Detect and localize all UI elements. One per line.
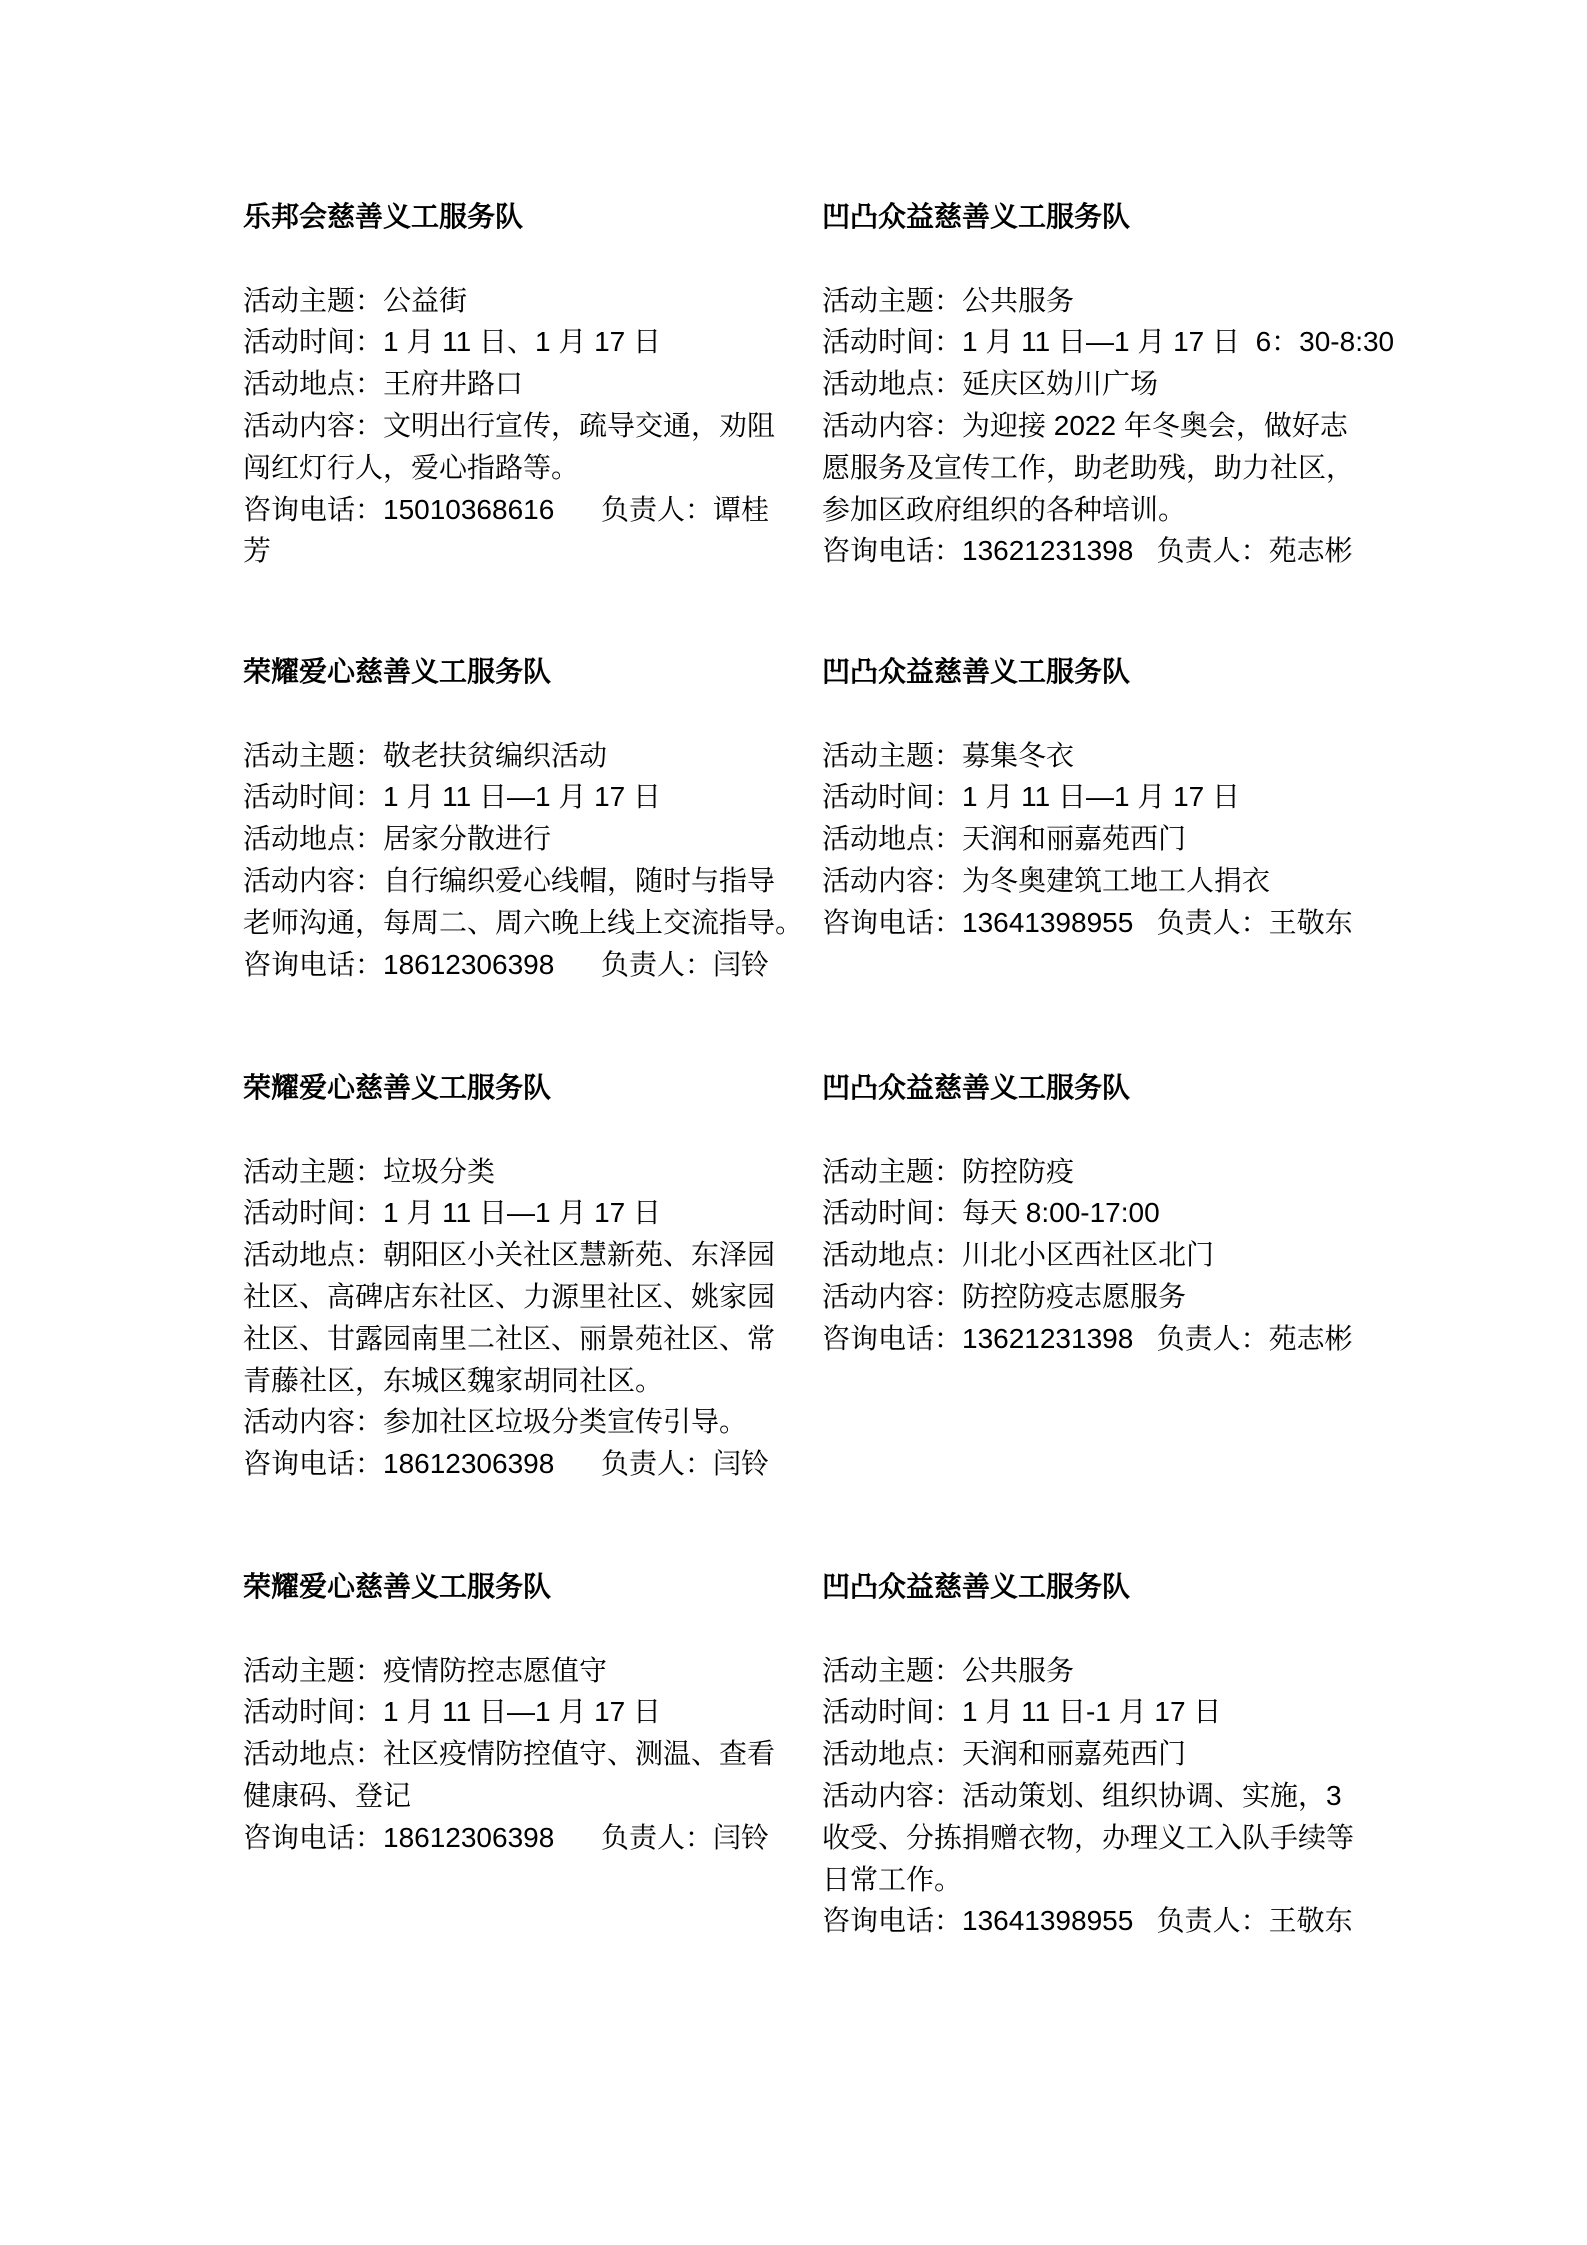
activity-theme: 活动主题：垃圾分类 (243, 1151, 773, 1193)
spacer (822, 238, 1352, 280)
contact-line: 咨询电话：18612306398 负责人：闫铃 (243, 1817, 773, 1859)
spacer (243, 693, 773, 735)
activity-content: 活动内容：文明出行宣传，疏导交通，劝阻 (243, 405, 773, 447)
activity-section-aotu-2: 凹凸众益慈善义工服务队 活动主题：募集冬衣 活动时间：1 月 11 日—1 月 … (822, 651, 1352, 944)
activity-theme: 活动主题：募集冬衣 (822, 735, 1352, 777)
spacer (243, 1109, 773, 1151)
team-title: 荣耀爱心慈善义工服务队 (243, 651, 773, 693)
activity-section-rongyao-1: 荣耀爱心慈善义工服务队 活动主题：敬老扶贫编织活动 活动时间：1 月 11 日—… (243, 651, 773, 985)
activity-location: 活动地点：延庆区妫川广场 (822, 363, 1352, 405)
activity-content: 活动内容：自行编织爱心线帽，随时与指导 (243, 860, 773, 902)
activity-content-cont: 愿服务及宣传工作，助老助残，助力社区， (822, 447, 1352, 489)
contact-line: 咨询电话：13641398955 负责人：王敬东 (822, 1900, 1352, 1942)
activity-content-cont: 老师沟通，每周二、周六晚上线上交流指导。 (243, 902, 773, 944)
spacer (243, 1608, 773, 1650)
activity-content: 活动内容：为迎接 2022 年冬奥会，做好志 (822, 405, 1352, 447)
contact-line: 咨询电话：18612306398 负责人：闫铃 (243, 1443, 773, 1485)
activity-location-cont: 社区、甘露园南里二社区、丽景苑社区、常 (243, 1318, 773, 1360)
activity-location-cont: 青藤社区，东城区魏家胡同社区。 (243, 1360, 773, 1402)
team-title: 荣耀爱心慈善义工服务队 (243, 1566, 773, 1608)
activity-location: 活动地点：天润和丽嘉苑西门 (822, 818, 1352, 860)
activity-location: 活动地点：朝阳区小关社区慧新苑、东泽园 (243, 1234, 773, 1276)
activity-content-cont: 参加区政府组织的各种培训。 (822, 489, 1352, 531)
activity-content-cont: 收受、分拣捐赠衣物，办理义工入队手续等 (822, 1817, 1352, 1859)
activity-theme: 活动主题：公共服务 (822, 1650, 1352, 1692)
team-title: 荣耀爱心慈善义工服务队 (243, 1067, 773, 1109)
activity-content: 活动内容：参加社区垃圾分类宣传引导。 (243, 1401, 773, 1443)
activity-theme: 活动主题：疫情防控志愿值守 (243, 1650, 773, 1692)
activity-content: 活动内容：为冬奥建筑工地工人捐衣 (822, 860, 1352, 902)
activity-time: 活动时间：1 月 11 日—1 月 17 日 (243, 1192, 773, 1234)
activity-location: 活动地点：王府井路口 (243, 363, 773, 405)
team-title: 凹凸众益慈善义工服务队 (822, 196, 1352, 238)
activity-section-lebanghui: 乐邦会慈善义工服务队 活动主题：公益街 活动时间：1 月 11 日、1 月 17… (243, 196, 773, 572)
activity-content: 活动内容：活动策划、组织协调、实施，3 (822, 1775, 1352, 1817)
contact-line: 咨询电话：18612306398 负责人：闫铃 (243, 944, 773, 986)
team-title: 乐邦会慈善义工服务队 (243, 196, 773, 238)
activity-location: 活动地点：天润和丽嘉苑西门 (822, 1733, 1352, 1775)
activity-section-aotu-1: 凹凸众益慈善义工服务队 活动主题：公共服务 活动时间：1 月 11 日—1 月 … (822, 196, 1352, 572)
spacer (243, 238, 773, 280)
activity-time: 活动时间：1 月 11 日—1 月 17 日 (243, 776, 773, 818)
contact-line-cont: 芳 (243, 530, 773, 572)
activity-time: 活动时间：1 月 11 日—1 月 17 日 (243, 1691, 773, 1733)
contact-line: 咨询电话：13641398955 负责人：王敬东 (822, 902, 1352, 944)
activity-theme: 活动主题：公益街 (243, 280, 773, 322)
spacer (822, 1109, 1352, 1151)
activity-location: 活动地点：居家分散进行 (243, 818, 773, 860)
activity-theme: 活动主题：公共服务 (822, 280, 1352, 322)
activity-content-cont: 日常工作。 (822, 1859, 1352, 1901)
contact-line: 咨询电话：15010368616 负责人：谭桂 (243, 489, 773, 531)
team-title: 凹凸众益慈善义工服务队 (822, 651, 1352, 693)
activity-time: 活动时间：1 月 11 日-1 月 17 日 (822, 1691, 1352, 1733)
activity-theme: 活动主题：防控防疫 (822, 1151, 1352, 1193)
activity-section-aotu-4: 凹凸众益慈善义工服务队 活动主题：公共服务 活动时间：1 月 11 日-1 月 … (822, 1566, 1352, 1942)
contact-line: 咨询电话：13621231398 负责人：苑志彬 (822, 530, 1352, 572)
activity-section-rongyao-3: 荣耀爱心慈善义工服务队 活动主题：疫情防控志愿值守 活动时间：1 月 11 日—… (243, 1566, 773, 1859)
contact-line: 咨询电话：13621231398 负责人：苑志彬 (822, 1318, 1352, 1360)
activity-time: 活动时间：1 月 11 日—1 月 17 日 (822, 776, 1352, 818)
activity-location-cont: 社区、高碑店东社区、力源里社区、姚家园 (243, 1276, 773, 1318)
activity-section-aotu-3: 凹凸众益慈善义工服务队 活动主题：防控防疫 活动时间：每天 8:00-17:00… (822, 1067, 1352, 1360)
team-title: 凹凸众益慈善义工服务队 (822, 1067, 1352, 1109)
activity-location: 活动地点：川北小区西社区北门 (822, 1234, 1352, 1276)
activity-section-rongyao-2: 荣耀爱心慈善义工服务队 活动主题：垃圾分类 活动时间：1 月 11 日—1 月 … (243, 1067, 773, 1485)
spacer (822, 1608, 1352, 1650)
activity-location-cont: 健康码、登记 (243, 1775, 773, 1817)
spacer (822, 693, 1352, 735)
activity-theme: 活动主题：敬老扶贫编织活动 (243, 735, 773, 777)
document-page: 乐邦会慈善义工服务队 活动主题：公益街 活动时间：1 月 11 日、1 月 17… (0, 0, 1587, 2245)
activity-content: 活动内容：防控防疫志愿服务 (822, 1276, 1352, 1318)
activity-location: 活动地点：社区疫情防控值守、测温、查看 (243, 1733, 773, 1775)
activity-content-cont: 闯红灯行人，爱心指路等。 (243, 447, 773, 489)
activity-time: 活动时间：1 月 11 日、1 月 17 日 (243, 321, 773, 363)
team-title: 凹凸众益慈善义工服务队 (822, 1566, 1352, 1608)
activity-time: 活动时间：每天 8:00-17:00 (822, 1192, 1352, 1234)
activity-time: 活动时间：1 月 11 日—1 月 17 日 6：30-8:30 (822, 321, 1352, 363)
